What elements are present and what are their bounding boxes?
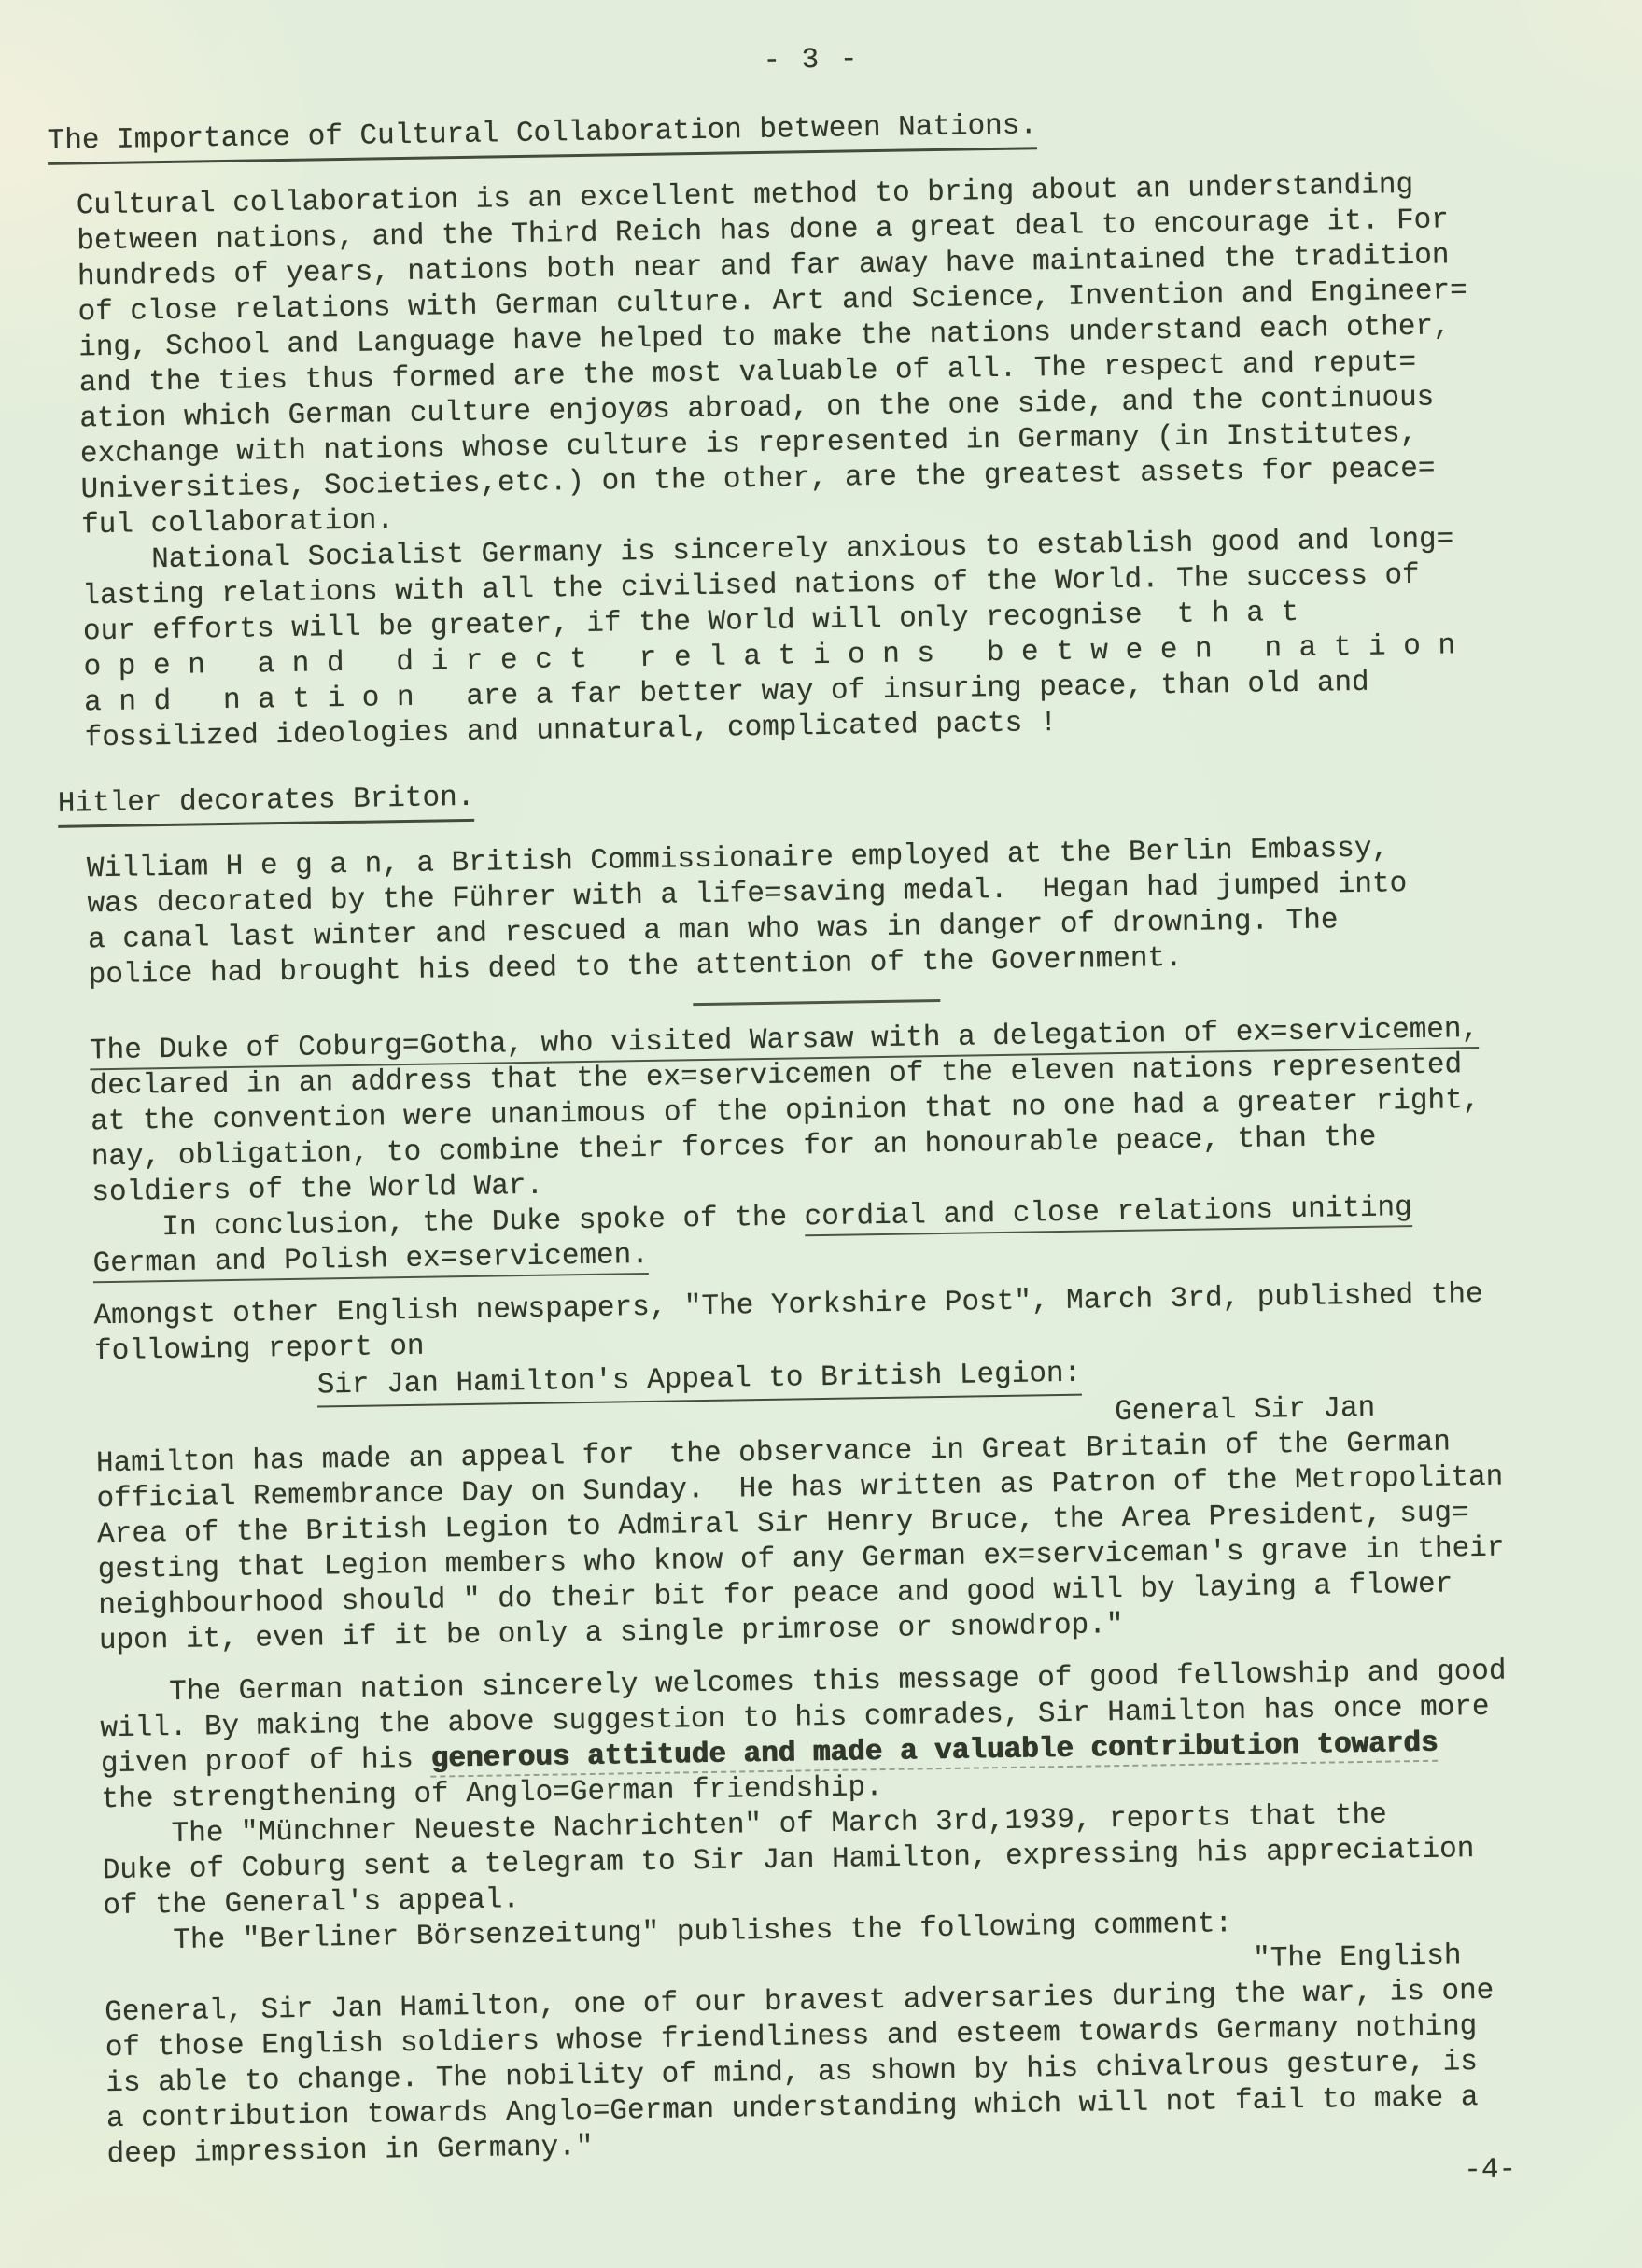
- paragraph: Hamilton has made an appeal for the obse…: [96, 1423, 1601, 1659]
- section-divider: [61, 989, 1591, 1016]
- text-segment: given proof of his: [101, 1743, 431, 1782]
- text-segment: General Sir Jan: [1115, 1392, 1376, 1429]
- text-segment: deep impression in Germany.": [106, 2131, 593, 2171]
- page-number-top: - 3 -: [46, 31, 1576, 91]
- text-segment: Hitler decorates Briton.: [58, 781, 475, 828]
- paragraph: General, Sir Jan Hamilton, one of our br…: [105, 1972, 1609, 2173]
- text-segment: "The English: [1253, 1939, 1462, 1976]
- text-segment: - 3 -: [763, 43, 860, 77]
- paragraph: The German nation sincerely welcomes thi…: [100, 1653, 1607, 1960]
- text-segment: ful collaboration.: [81, 504, 394, 542]
- paragraph: Cultural collaboration is an excellent m…: [77, 165, 1587, 756]
- scanned-paper-sheet: - 3 -The Importance of Cultural Collabor…: [0, 0, 1642, 2268]
- section-heading: Hitler decorates Briton.: [58, 763, 1588, 828]
- document-content: - 3 -The Importance of Cultural Collabor…: [0, 0, 1642, 2212]
- text-segment: soldiers of the World War.: [91, 1170, 543, 1210]
- text-segment: of the General's appeal.: [103, 1883, 520, 1923]
- paragraph: William H e g a n, a British Commissiona…: [87, 828, 1591, 993]
- paragraph: The Duke of Coburg=Gotha, who visited Wa…: [90, 1010, 1595, 1282]
- section-heading: The Importance of Cultural Collaboration…: [47, 100, 1577, 165]
- text-line: The Importance of Cultural Collaboration…: [47, 100, 1577, 165]
- text-segment: -4-: [1464, 2153, 1516, 2187]
- text-segment: The Importance of Cultural Collaboration…: [47, 108, 1037, 165]
- text-line: - 3 -: [46, 31, 1576, 91]
- divider-line: [693, 999, 940, 1006]
- underlined-text: German and Polish ex=servicemen.: [92, 1239, 649, 1283]
- text-line: Hitler decorates Briton.: [58, 763, 1588, 828]
- text-segment: following report on: [94, 1331, 425, 1369]
